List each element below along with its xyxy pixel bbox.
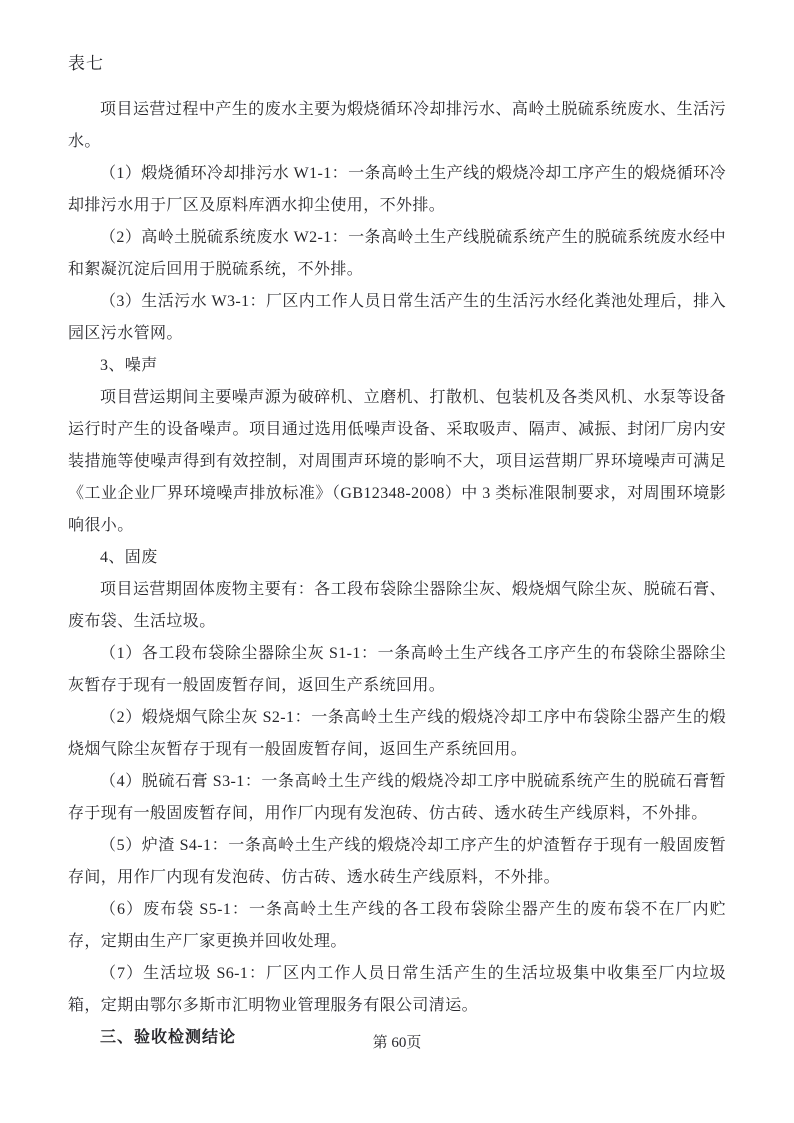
paragraph: （2）煅烧烟气除尘灰 S2-1：一条高岭土生产线的煅烧冷却工序中布袋除尘器产生的… bbox=[68, 702, 726, 766]
document-page: 表七 项目运营过程中产生的废水主要为煅烧循环冷却排污水、高岭土脱硫系统废水、生活… bbox=[0, 0, 794, 1123]
document-paragraphs: 项目运营过程中产生的废水主要为煅烧循环冷却排污水、高岭土脱硫系统废水、生活污水。… bbox=[68, 94, 726, 1054]
paragraph: （4）脱硫石膏 S3-1：一条高岭土生产线的煅烧冷却工序中脱硫系统产生的脱硫石膏… bbox=[68, 766, 726, 830]
page-number: 第 60页 bbox=[373, 1035, 422, 1051]
paragraph: （5）炉渣 S4-1：一条高岭土生产线的煅烧冷却工序产生的炉渣暂存于现有一般固废… bbox=[68, 830, 726, 894]
paragraph: 4、固废 bbox=[68, 542, 726, 574]
paragraph: 项目运营过程中产生的废水主要为煅烧循环冷却排污水、高岭土脱硫系统废水、生活污水。 bbox=[68, 94, 726, 158]
paragraph: 项目运营期固体废物主要有：各工段布袋除尘器除尘灰、煅烧烟气除尘灰、脱硫石膏、废布… bbox=[68, 574, 726, 638]
document-content: 表七 项目运营过程中产生的废水主要为煅烧循环冷却排污水、高岭土脱硫系统废水、生活… bbox=[68, 50, 726, 1054]
paragraph: （3）生活污水 W3-1：厂区内工作人员日常生活产生的生活污水经化粪池处理后，排… bbox=[68, 286, 726, 350]
page-footer: 第 60页 bbox=[0, 1032, 794, 1054]
paragraph: 3、噪声 bbox=[68, 350, 726, 382]
paragraph: （6）废布袋 S5-1：一条高岭土生产线的各工段布袋除尘器产生的废布袋不在厂内贮… bbox=[68, 894, 726, 958]
paragraph: （7）生活垃圾 S6-1：厂区内工作人员日常生活产生的生活垃圾集中收集至厂内垃圾… bbox=[68, 958, 726, 1022]
table-label: 表七 bbox=[68, 50, 726, 78]
paragraph: （1）煅烧循环冷却排污水 W1-1：一条高岭土生产线的煅烧冷却工序产生的煅烧循环… bbox=[68, 158, 726, 222]
paragraph: （2）高岭土脱硫系统废水 W2-1：一条高岭土生产线脱硫系统产生的脱硫系统废水经… bbox=[68, 222, 726, 286]
paragraph: 项目营运期间主要噪声源为破碎机、立磨机、打散机、包装机及各类风机、水泵等设备运行… bbox=[68, 382, 726, 542]
paragraph: （1）各工段布袋除尘器除尘灰 S1-1：一条高岭土生产线各工序产生的布袋除尘器除… bbox=[68, 638, 726, 702]
